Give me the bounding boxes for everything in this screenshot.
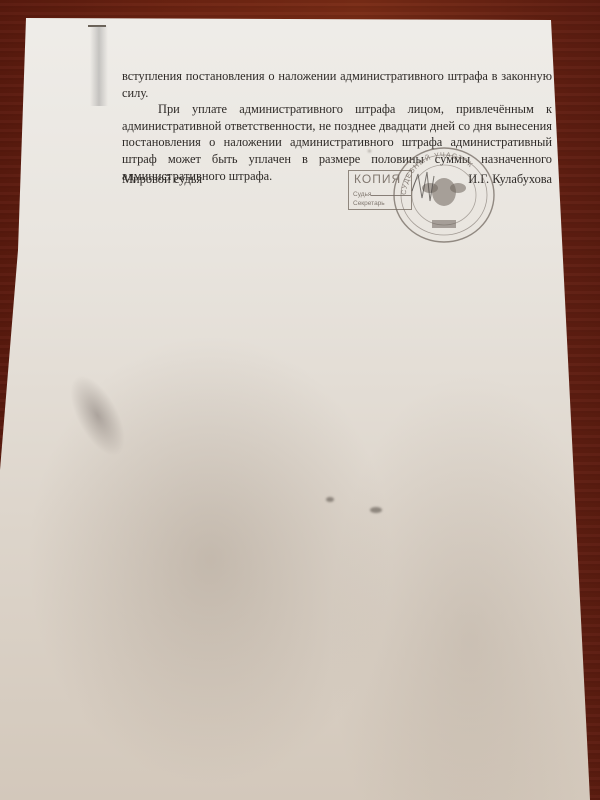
ink-spot (370, 507, 382, 513)
document-page: вступления постановления о наложении адм… (0, 0, 600, 800)
court-seal-icon: СУДЕБНЫЙ УЧАСТОК (392, 146, 496, 244)
copy-stamp-secretary-label: Секретарь (353, 200, 385, 207)
ink-spot (368, 150, 371, 152)
ink-spot (326, 497, 334, 502)
judge-position: Мировой судья (122, 172, 202, 187)
paragraph-1: вступления постановления о наложении адм… (122, 68, 552, 101)
fingerprint-smudge (30, 341, 170, 498)
copy-stamp-judge-label: Судья (353, 191, 371, 198)
fold-shadow (90, 26, 108, 106)
